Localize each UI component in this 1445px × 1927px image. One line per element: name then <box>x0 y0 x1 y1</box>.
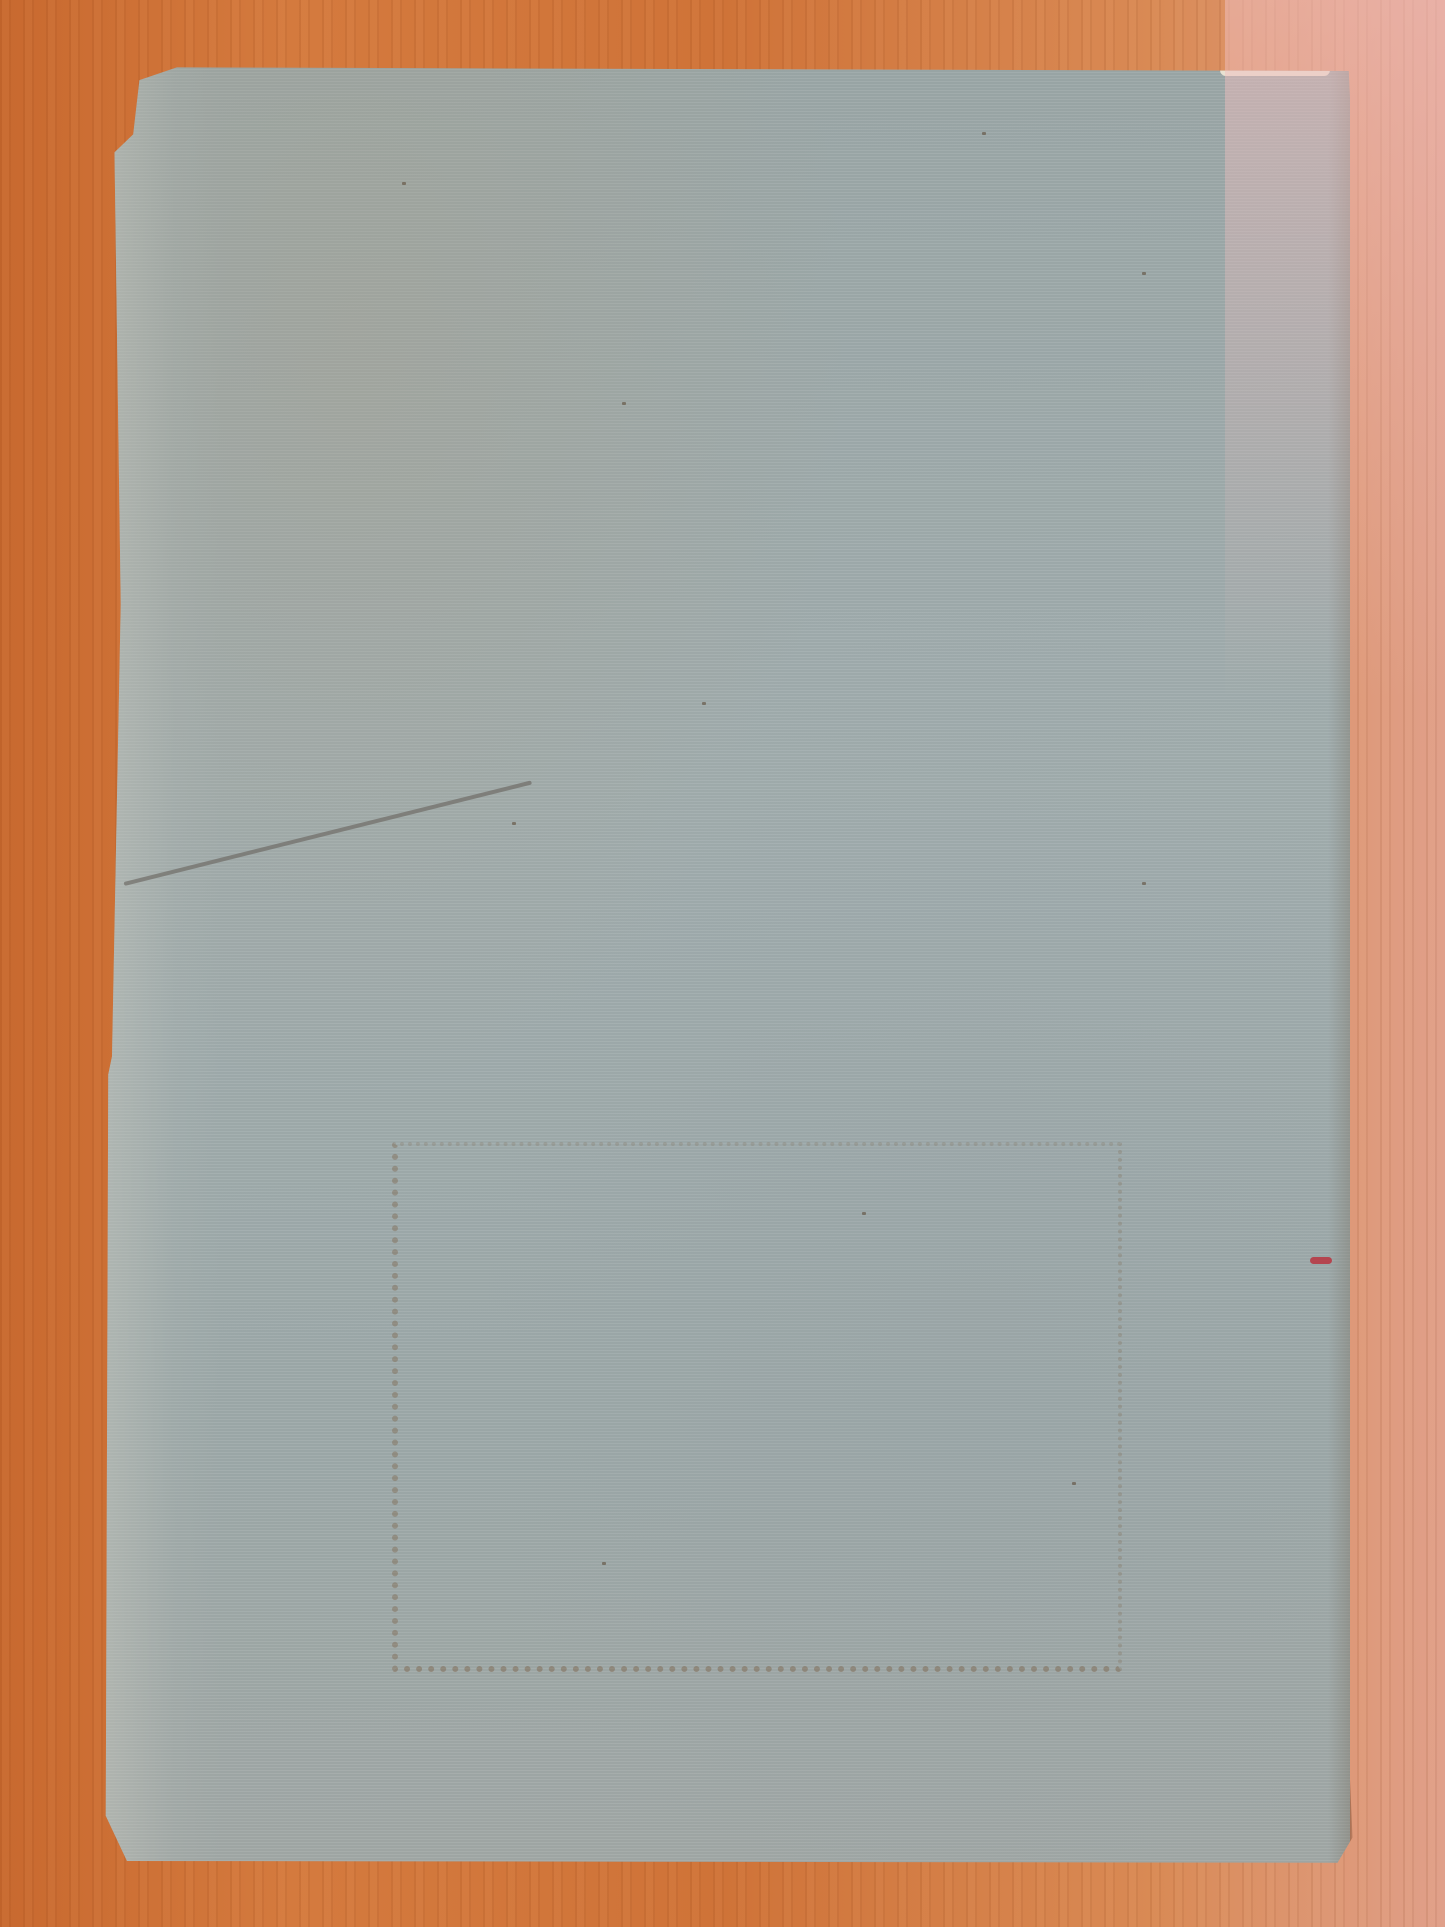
foxing-spot <box>1142 272 1146 275</box>
foxing-spot <box>1142 882 1146 885</box>
foxing-spot <box>862 1212 866 1215</box>
torn-corner <box>1220 62 1330 76</box>
photo-scene <box>0 0 1445 1927</box>
foxing-spot <box>602 1562 606 1565</box>
page-edge <box>1328 62 1350 1870</box>
foxing-spot <box>622 402 626 405</box>
foxing-spot <box>402 182 406 185</box>
foxing-spot <box>982 132 986 135</box>
foxing-spot <box>702 702 706 705</box>
book-cover <box>102 62 1350 1870</box>
red-mark <box>1310 1257 1332 1264</box>
foxing-spot <box>1072 1482 1076 1485</box>
ghost-printed-frame <box>392 1142 1122 1672</box>
foxing-spot <box>512 822 516 825</box>
spine-wear <box>102 62 222 1870</box>
